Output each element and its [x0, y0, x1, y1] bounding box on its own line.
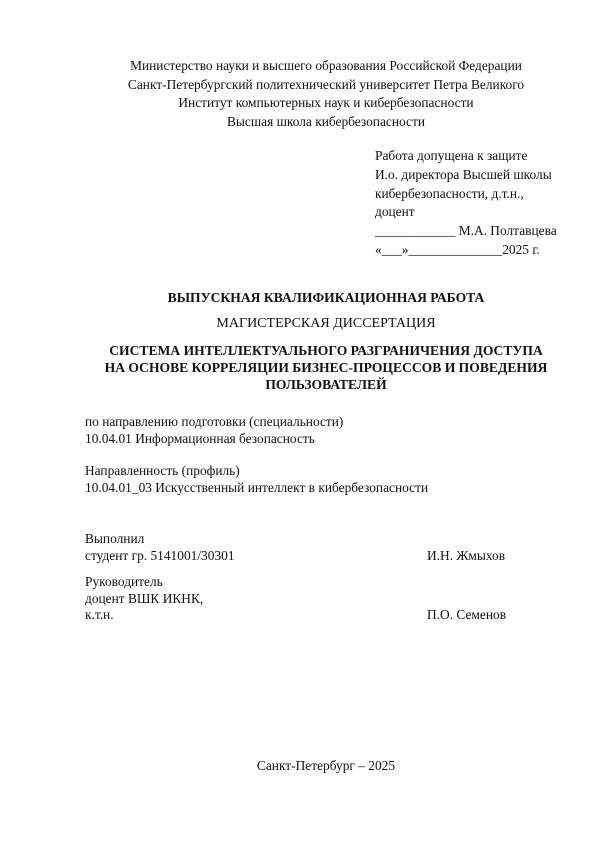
- school-line: Высшая школа кибербезопасности: [0, 113, 594, 132]
- direction-value: 10.04.01 Информационная безопасность: [85, 431, 343, 448]
- ministry-line: Министерство науки и высшего образования…: [0, 57, 594, 76]
- supervisor-row: к.т.н. П.О. Семенов: [85, 607, 515, 623]
- performer-label: Выполнил: [85, 531, 144, 546]
- supervisor-degree: к.т.н.: [85, 607, 114, 622]
- performer-name: И.Н. Жмыхов: [427, 548, 505, 564]
- approval-line: Работа допущена к защите: [375, 147, 557, 166]
- document-subtype: МАГИСТЕРСКАЯ ДИССЕРТАЦИЯ: [0, 316, 594, 332]
- title-page: Министерство науки и высшего образования…: [0, 0, 594, 842]
- topic-line: НА ОСНОВЕ КОРРЕЛЯЦИИ БИЗНЕС-ПРОЦЕССОВ И …: [0, 360, 594, 377]
- director-line: И.о. директора Высшей школы: [375, 166, 557, 185]
- supervisor-position: доцент ВШК ИКНК,: [85, 591, 203, 606]
- direction-label: по направлению подготовки (специальности…: [85, 414, 343, 431]
- performer-position: студент гр. 5141001/30301: [85, 548, 235, 563]
- institute-line: Институт компьютерных наук и кибербезопа…: [0, 94, 594, 113]
- city-year: Санкт-Петербург – 2025: [0, 758, 594, 774]
- topic-line: ПОЛЬЗОВАТЕЛЕЙ: [0, 377, 594, 394]
- document-type-title: ВЫПУСКНАЯ КВАЛИФИКАЦИОННАЯ РАБОТА: [0, 290, 594, 306]
- topic-line: СИСТЕМА ИНТЕЛЛЕКТУАЛЬНОГО РАЗГРАНИЧЕНИЯ …: [0, 343, 594, 360]
- supervisor-name: П.О. Семенов: [427, 607, 506, 623]
- approval-block: Работа допущена к защите И.о. директора …: [375, 147, 557, 260]
- thesis-topic: СИСТЕМА ИНТЕЛЛЕКТУАЛЬНОГО РАЗГРАНИЧЕНИЯ …: [0, 343, 594, 393]
- university-line: Санкт-Петербургский политехнический унив…: [0, 76, 594, 95]
- performer-row: студент гр. 5141001/30301 И.Н. Жмыхов: [85, 548, 515, 564]
- profile-label: Направленность (профиль): [85, 463, 428, 480]
- supervisor-position-row: доцент ВШК ИКНК,: [85, 591, 515, 607]
- direction-block: по направлению подготовки (специальности…: [85, 414, 343, 447]
- profile-value: 10.04.01_03 Искусственный интеллект в ки…: [85, 480, 428, 497]
- supervisor-label-row: Руководитель: [85, 574, 515, 590]
- performer-label-row: Выполнил: [85, 531, 515, 547]
- director-title-line: доцент: [375, 203, 557, 222]
- institution-header: Министерство науки и высшего образования…: [0, 57, 594, 131]
- supervisor-label: Руководитель: [85, 574, 163, 589]
- director-signature-line: ____________ М.А. Полтавцева: [375, 222, 557, 241]
- profile-block: Направленность (профиль) 10.04.01_03 Иск…: [85, 463, 428, 496]
- director-degree-line: кибербезопасности, д.т.н.,: [375, 185, 557, 204]
- approval-date-line: «___»______________2025 г.: [375, 241, 557, 260]
